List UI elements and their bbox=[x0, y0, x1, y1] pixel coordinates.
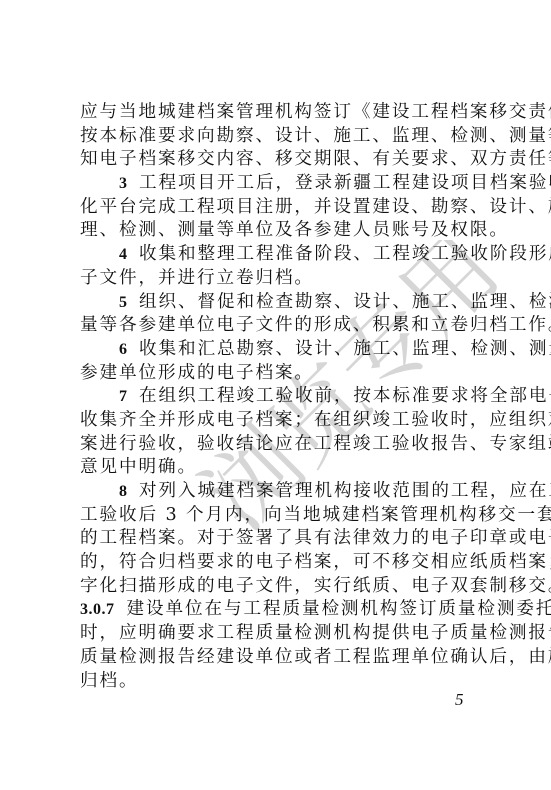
text-line: 的，符合归档要求的电子档案，可不移交相应纸质档案；对于数 bbox=[80, 551, 474, 575]
item-7-line: 7在组织工程竣工验收前，按本标准要求将全部电子文件 bbox=[80, 385, 474, 409]
item-number: 6 bbox=[119, 341, 127, 358]
text-line: 质量检测报告经建设单位或者工程监理单位确认后，由施工单位 bbox=[80, 646, 474, 670]
text-line: 字化扫描形成的电子文件，实行纸质、电子双套制移交。 bbox=[80, 575, 474, 599]
text-line: 化平台完成工程项目注册，并设置建设、勘察、设计、施工、监 bbox=[80, 196, 474, 220]
item-number: 8 bbox=[119, 483, 127, 500]
text-line: 理、检测、测量等单位及各参建人员账号及权限。 bbox=[80, 219, 474, 243]
text-line: 工验收后 3 个月内，向当地城建档案管理机构移交一套符合规定 bbox=[80, 504, 474, 528]
item-number: 3 bbox=[119, 175, 127, 192]
item-8-line: 8对列入城建档案管理机构接收范围的工程，应在工程竣 bbox=[80, 480, 474, 504]
item-4-line: 4收集和整理工程准备阶段、工程竣工验收阶段形成的电 bbox=[80, 243, 474, 267]
clause-3-0-7-line: 3.0.7建设单位在与工程质量检测机构签订质量检测委托合同 bbox=[80, 598, 474, 622]
body-text: 应与当地城建档案管理机构签订《建设工程档案移交责任书》， 按本标准要求向勘察、设… bbox=[80, 101, 474, 693]
text-line: 案进行验收，验收结论应在工程竣工验收报告、专家组竣工验收 bbox=[80, 433, 474, 457]
item-number: 7 bbox=[119, 388, 127, 405]
page-number: 5 bbox=[455, 690, 464, 710]
text-line: 意见中明确。 bbox=[80, 456, 474, 480]
text-line: 按本标准要求向勘察、设计、施工、监理、检测、测量等单位告 bbox=[80, 125, 474, 149]
text-line: 知电子档案移交内容、移交期限、有关要求、双方责任等。 bbox=[80, 148, 474, 172]
item-3-line: 3工程项目开工后，登录新疆工程建设项目档案验收信息 bbox=[80, 172, 474, 196]
clause-number: 3.0.7 bbox=[80, 601, 115, 618]
item-5-line: 5组织、督促和检查勘察、设计、施工、监理、检测、测 bbox=[80, 291, 474, 315]
text-line: 量等各参建单位电子文件的形成、积累和立卷归档工作。 bbox=[80, 314, 474, 338]
item-number: 5 bbox=[119, 294, 127, 311]
text-line: 收集齐全并形成电子档案；在组织竣工验收时，应组织对电子档 bbox=[80, 409, 474, 433]
text-line: 时，应明确要求工程质量检测机构提供电子质量检测报告，电子 bbox=[80, 622, 474, 646]
text-line: 参建单位形成的电子档案。 bbox=[80, 362, 474, 386]
item-number: 4 bbox=[119, 246, 127, 263]
text-line: 归档。 bbox=[80, 670, 474, 694]
text-line: 应与当地城建档案管理机构签订《建设工程档案移交责任书》， bbox=[80, 101, 474, 125]
text-line: 的工程档案。对于签署了具有法律效力的电子印章或电子签名 bbox=[80, 527, 474, 551]
document-page: 浏览专用 应与当地城建档案管理机构签订《建设工程档案移交责任书》， 按本标准要求… bbox=[0, 0, 551, 790]
item-6-line: 6收集和汇总勘察、设计、施工、监理、检测、测量等各 bbox=[80, 338, 474, 362]
text-line: 子文件，并进行立卷归档。 bbox=[80, 267, 474, 291]
